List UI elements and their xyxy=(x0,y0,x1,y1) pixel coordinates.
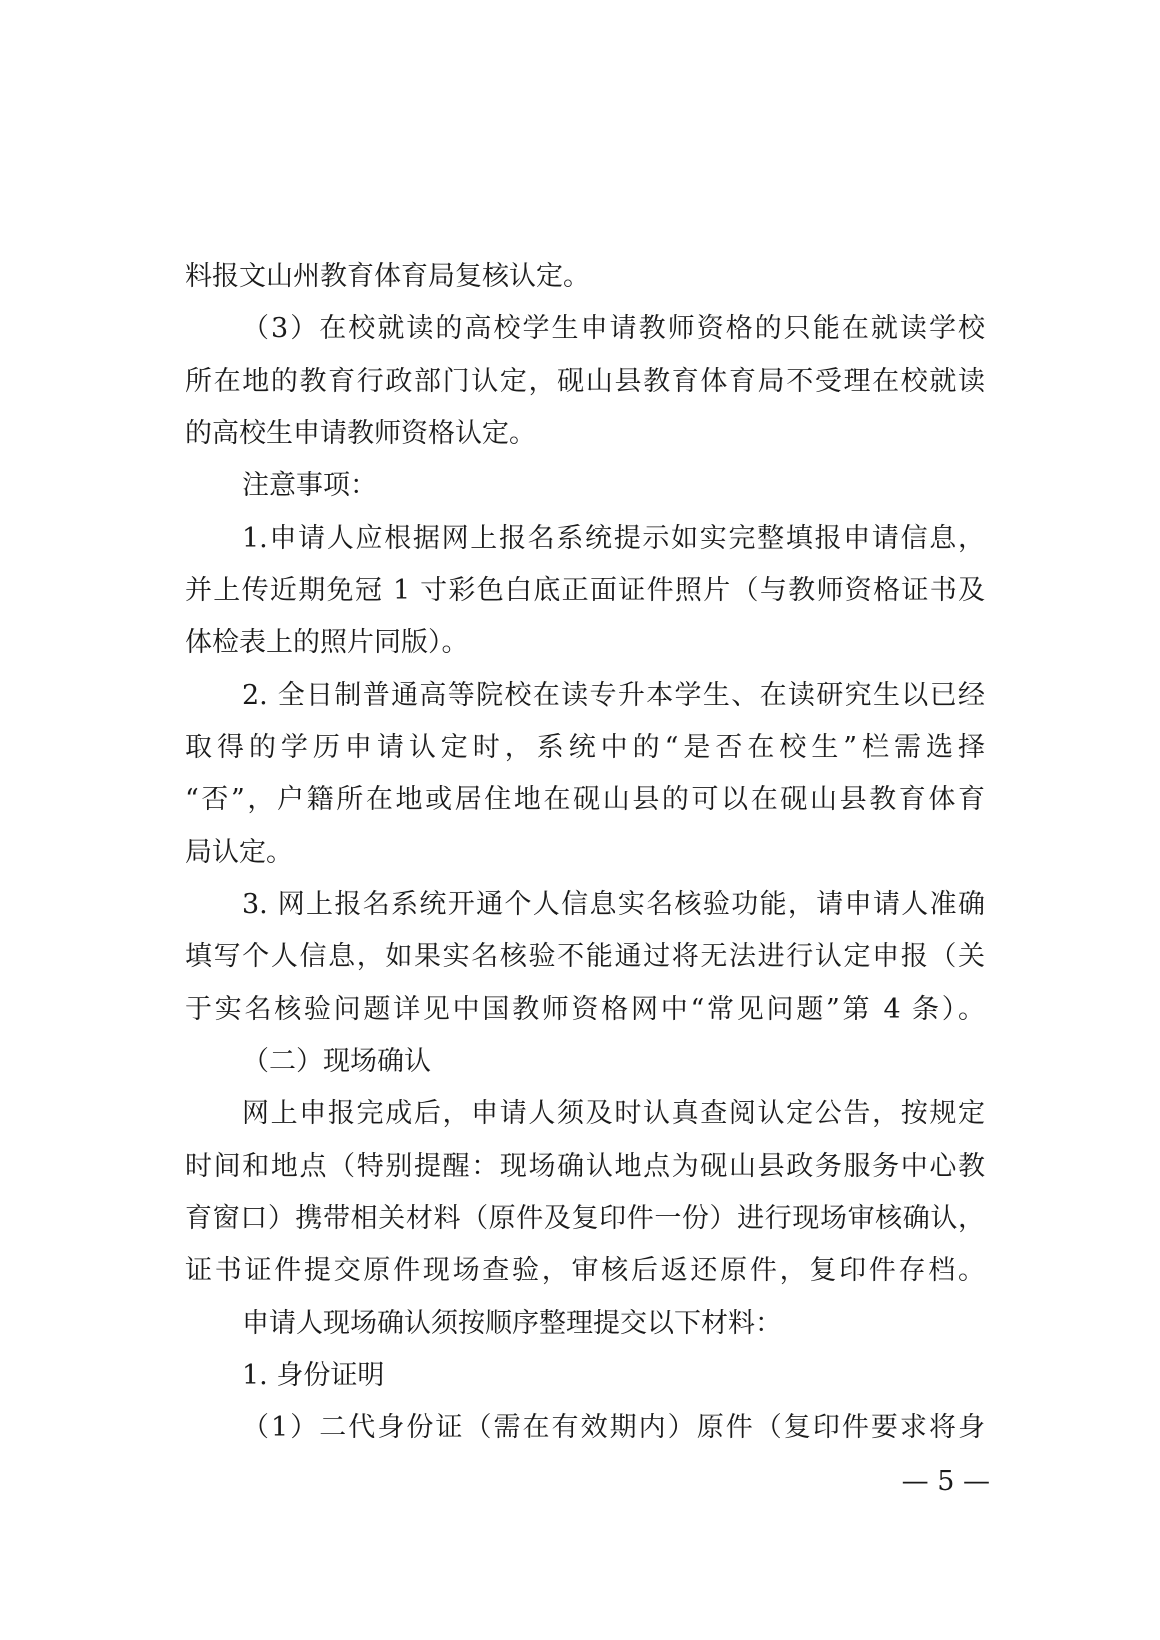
paragraph-line: 时间和地点（特别提醒：现场确认地点为砚山县政务服务中心教 xyxy=(185,1147,985,1187)
paragraph-line: 申请人现场确认须按顺序整理提交以下材料： xyxy=(242,1304,985,1344)
list-heading: 1. 身份证明 xyxy=(242,1356,985,1396)
paragraph-line: 2. 全日制普通高等院校在读专升本学生、在读研究生以已经 xyxy=(242,676,985,716)
paragraph-line: 并上传近期免冠 1 寸彩色白底正面证件照片（与教师资格证书及 xyxy=(185,571,985,611)
page-number: — 5 — xyxy=(880,1462,990,1502)
paragraph-line: 局认定。 xyxy=(185,833,985,873)
paragraph-line: 的高校生申请教师资格认定。 xyxy=(185,414,985,454)
paragraph-line: 填写个人信息，如果实名核验不能通过将无法进行认定申报（关 xyxy=(185,937,985,977)
paragraph-line: “否”，户籍所在地或居住地在砚山县的可以在砚山县教育体育 xyxy=(185,780,985,820)
paragraph-line: 1.申请人应根据网上报名系统提示如实完整填报申请信息， xyxy=(242,519,985,559)
paragraph-line: 于实名核验问题详见中国教师资格网中“常见问题”第 4 条）。 xyxy=(185,990,985,1030)
paragraph-line: 取得的学历申请认定时，系统中的“是否在校生”栏需选择 xyxy=(185,728,985,768)
section-heading: 注意事项： xyxy=(242,466,985,506)
paragraph-line: 网上申报完成后，申请人须及时认真查阅认定公告，按规定 xyxy=(242,1094,985,1134)
document-page: 料报文山州教育体育局复核认定。 （3）在校就读的高校学生申请教师资格的只能在就读… xyxy=(0,0,1160,1640)
paragraph-line: 证书证件提交原件现场查验，审核后返还原件，复印件存档。 xyxy=(185,1251,985,1291)
paragraph-line: 体检表上的照片同版）。 xyxy=(185,623,985,663)
paragraph-line: 育窗口）携带相关材料（原件及复印件一份）进行现场审核确认， xyxy=(185,1199,985,1239)
paragraph-line: 3. 网上报名系统开通个人信息实名核验功能，请申请人准确 xyxy=(242,885,985,925)
paragraph-line: （3）在校就读的高校学生申请教师资格的只能在就读学校 xyxy=(242,309,985,349)
paragraph-line: 所在地的教育行政部门认定，砚山县教育体育局不受理在校就读 xyxy=(185,362,985,402)
section-heading: （二）现场确认 xyxy=(242,1042,985,1082)
paragraph-line: 料报文山州教育体育局复核认定。 xyxy=(185,257,985,297)
paragraph-line: （1）二代身份证（需在有效期内）原件（复印件要求将身 xyxy=(242,1408,985,1448)
